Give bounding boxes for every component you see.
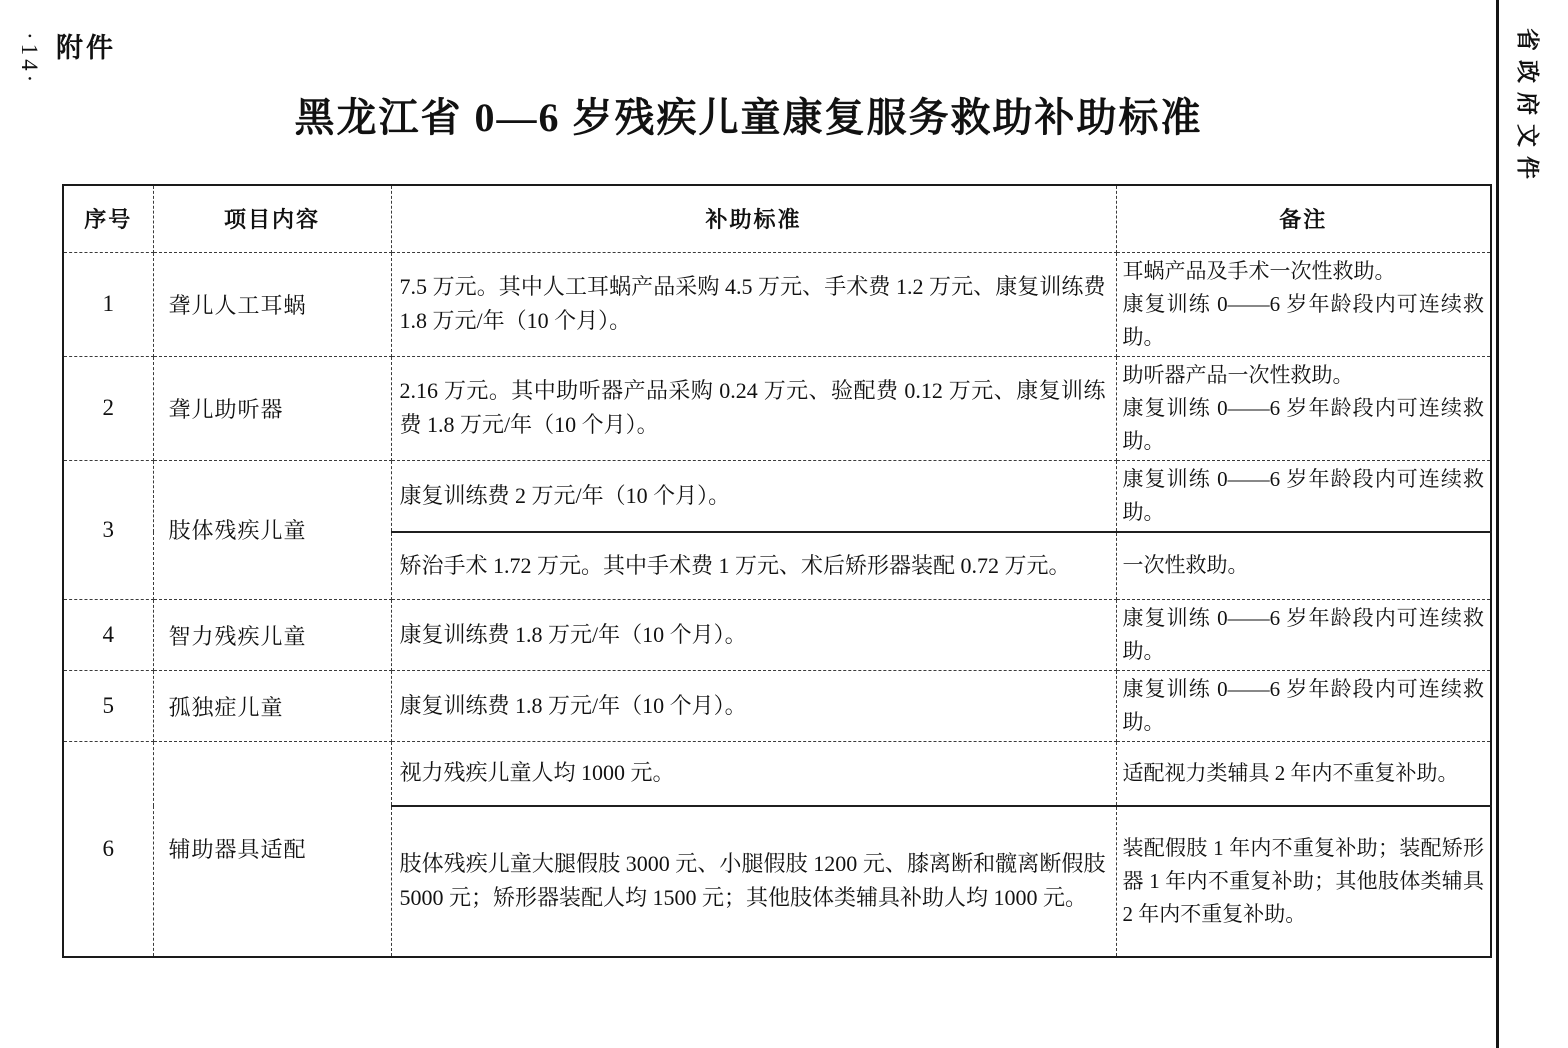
remark-cell: 康复训练 0——6 岁年龄段内可连续救助。: [1116, 460, 1491, 532]
remark-cell: 耳蜗产品及手术一次性救助。 康复训练 0——6 岁年龄段内可连续救助。: [1116, 252, 1491, 356]
row-no: 2: [63, 356, 153, 460]
remark-cell: 装配假肢 1 年内不重复补助；装配矫形器 1 年内不重复补助；其他肢体类辅具 2…: [1116, 806, 1491, 957]
standard-cell: 2.16 万元。其中助听器产品采购 0.24 万元、验配费 0.12 万元、康复…: [391, 356, 1116, 460]
header-standard: 补助标准: [391, 185, 1116, 252]
row-no: 4: [63, 600, 153, 671]
attachment-label: 附件: [56, 26, 116, 65]
remark-cell: 康复训练 0——6 岁年龄段内可连续救助。: [1116, 671, 1491, 742]
remark-cell: 助听器产品一次性救助。 康复训练 0——6 岁年龄段内可连续救助。: [1116, 356, 1491, 460]
row-item: 智力残疾儿童: [153, 600, 391, 671]
standard-cell: 康复训练费 1.8 万元/年（10 个月）。: [391, 600, 1116, 671]
header-remark: 备注: [1116, 185, 1491, 252]
row-no: 3: [63, 460, 153, 600]
page-number: ·14·: [16, 32, 42, 86]
remark-cell: 一次性救助。: [1116, 532, 1491, 600]
table-row: 3 肢体残疾儿童 康复训练费 2 万元/年（10 个月）。 康复训练 0——6 …: [63, 460, 1491, 532]
standard-cell: 矫治手术 1.72 万元。其中手术费 1 万元、术后矫形器装配 0.72 万元。: [391, 532, 1116, 600]
table-row: 6 辅助器具适配 视力残疾儿童人均 1000 元。 适配视力类辅具 2 年内不重…: [63, 742, 1491, 806]
side-label: 省政府文件: [1513, 28, 1546, 188]
header-no: 序号: [63, 185, 153, 252]
remark-cell: 适配视力类辅具 2 年内不重复补助。: [1116, 742, 1491, 806]
header-item: 项目内容: [153, 185, 391, 252]
row-no: 5: [63, 671, 153, 742]
side-divider-line: [1496, 0, 1499, 1048]
row-item: 孤独症儿童: [153, 671, 391, 742]
subsidy-standard-table: 序号 项目内容 补助标准 备注 1 聋儿人工耳蜗 7.5 万元。其中人工耳蜗产品…: [62, 184, 1492, 958]
row-item: 聋儿助听器: [153, 356, 391, 460]
standard-cell: 视力残疾儿童人均 1000 元。: [391, 742, 1116, 806]
table-row: 4 智力残疾儿童 康复训练费 1.8 万元/年（10 个月）。 康复训练 0——…: [63, 600, 1491, 671]
table-row: 1 聋儿人工耳蜗 7.5 万元。其中人工耳蜗产品采购 4.5 万元、手术费 1.…: [63, 252, 1491, 356]
remark-cell: 康复训练 0——6 岁年龄段内可连续救助。: [1116, 600, 1491, 671]
standard-cell: 7.5 万元。其中人工耳蜗产品采购 4.5 万元、手术费 1.2 万元、康复训练…: [391, 252, 1116, 356]
row-item: 聋儿人工耳蜗: [153, 252, 391, 356]
standard-cell: 肢体残疾儿童大腿假肢 3000 元、小腿假肢 1200 元、膝离断和髋离断假肢 …: [391, 806, 1116, 957]
page-title: 黑龙江省 0—6 岁残疾儿童康复服务救助补助标准: [0, 86, 1497, 143]
standard-cell: 康复训练费 2 万元/年（10 个月）。: [391, 460, 1116, 532]
table-header-row: 序号 项目内容 补助标准 备注: [63, 185, 1491, 252]
table-row: 5 孤独症儿童 康复训练费 1.8 万元/年（10 个月）。 康复训练 0——6…: [63, 671, 1491, 742]
row-no: 1: [63, 252, 153, 356]
row-item: 肢体残疾儿童: [153, 460, 391, 600]
row-item: 辅助器具适配: [153, 742, 391, 957]
row-no: 6: [63, 742, 153, 957]
document-page: 附件 ·14· 省政府文件 黑龙江省 0—6 岁残疾儿童康复服务救助补助标准 序…: [0, 0, 1568, 1048]
standard-cell: 康复训练费 1.8 万元/年（10 个月）。: [391, 671, 1116, 742]
table-row: 2 聋儿助听器 2.16 万元。其中助听器产品采购 0.24 万元、验配费 0.…: [63, 356, 1491, 460]
